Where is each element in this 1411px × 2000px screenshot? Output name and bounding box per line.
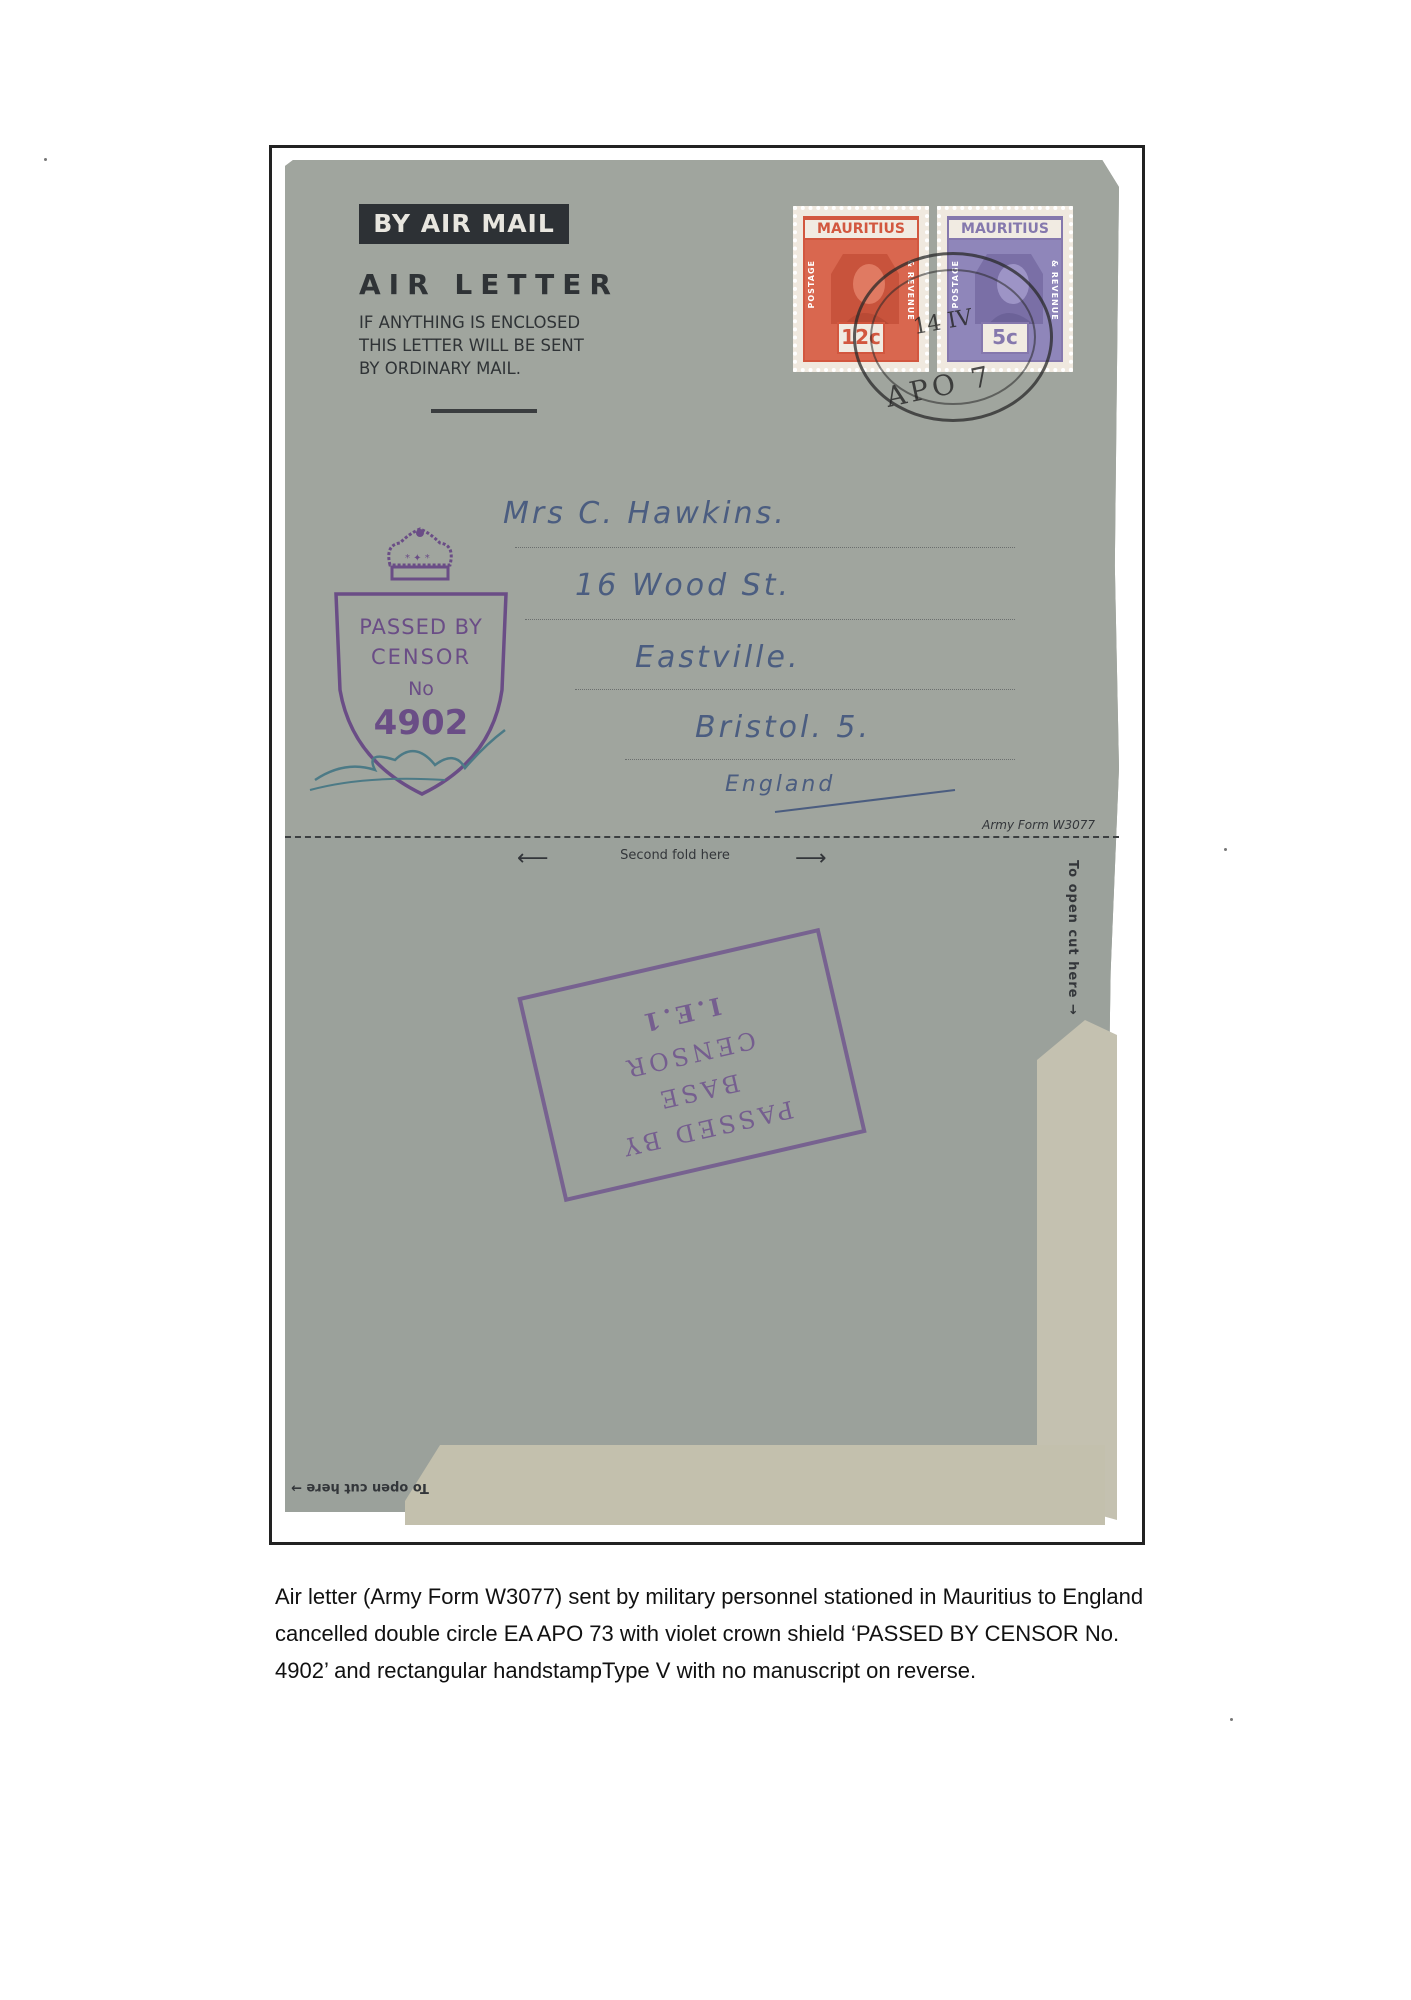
army-form-label: Army Form W3077 (982, 818, 1095, 832)
svg-text:* ✦ *: * ✦ * (405, 553, 430, 564)
enclosure-notice: IF ANYTHING IS ENCLOSED THIS LETTER WILL… (359, 311, 659, 380)
underline-stroke (765, 780, 965, 820)
arrow-right-icon: → (291, 1480, 302, 1495)
header-rule (431, 409, 537, 413)
air-letter-photo: BY AIR MAIL AIR LETTER IF ANYTHING IS EN… (285, 160, 1123, 1532)
fold-line (285, 836, 1119, 838)
open-cut-label-right: To open cut here → (1065, 860, 1080, 1016)
air-letter-title: AIR LETTER (359, 268, 619, 301)
address-line-4: Bristol. 5. (695, 710, 871, 745)
arrow-down-icon: → (1065, 1004, 1080, 1016)
open-cut-label-bottom: To open cut here → (291, 1480, 429, 1495)
address-line-1: Mrs C. Hawkins. (503, 496, 787, 531)
censor-line-1: PASSED BY (332, 615, 510, 639)
censor-line-2: CENSOR (332, 645, 510, 669)
censor-line-3: No (332, 678, 510, 700)
censor-signature (305, 720, 535, 800)
address-line-2: 16 Wood St. (575, 568, 791, 603)
bottom-flap (405, 1445, 1105, 1525)
caption: Air letter (Army Form W3077) sent by mil… (275, 1578, 1145, 1689)
crown-icon: * ✦ * (380, 525, 460, 585)
by-air-mail-label: BY AIR MAIL (359, 204, 569, 244)
arrow-right-icon: ⟶ (795, 846, 827, 871)
address-line-3: Eastville. (635, 640, 800, 675)
